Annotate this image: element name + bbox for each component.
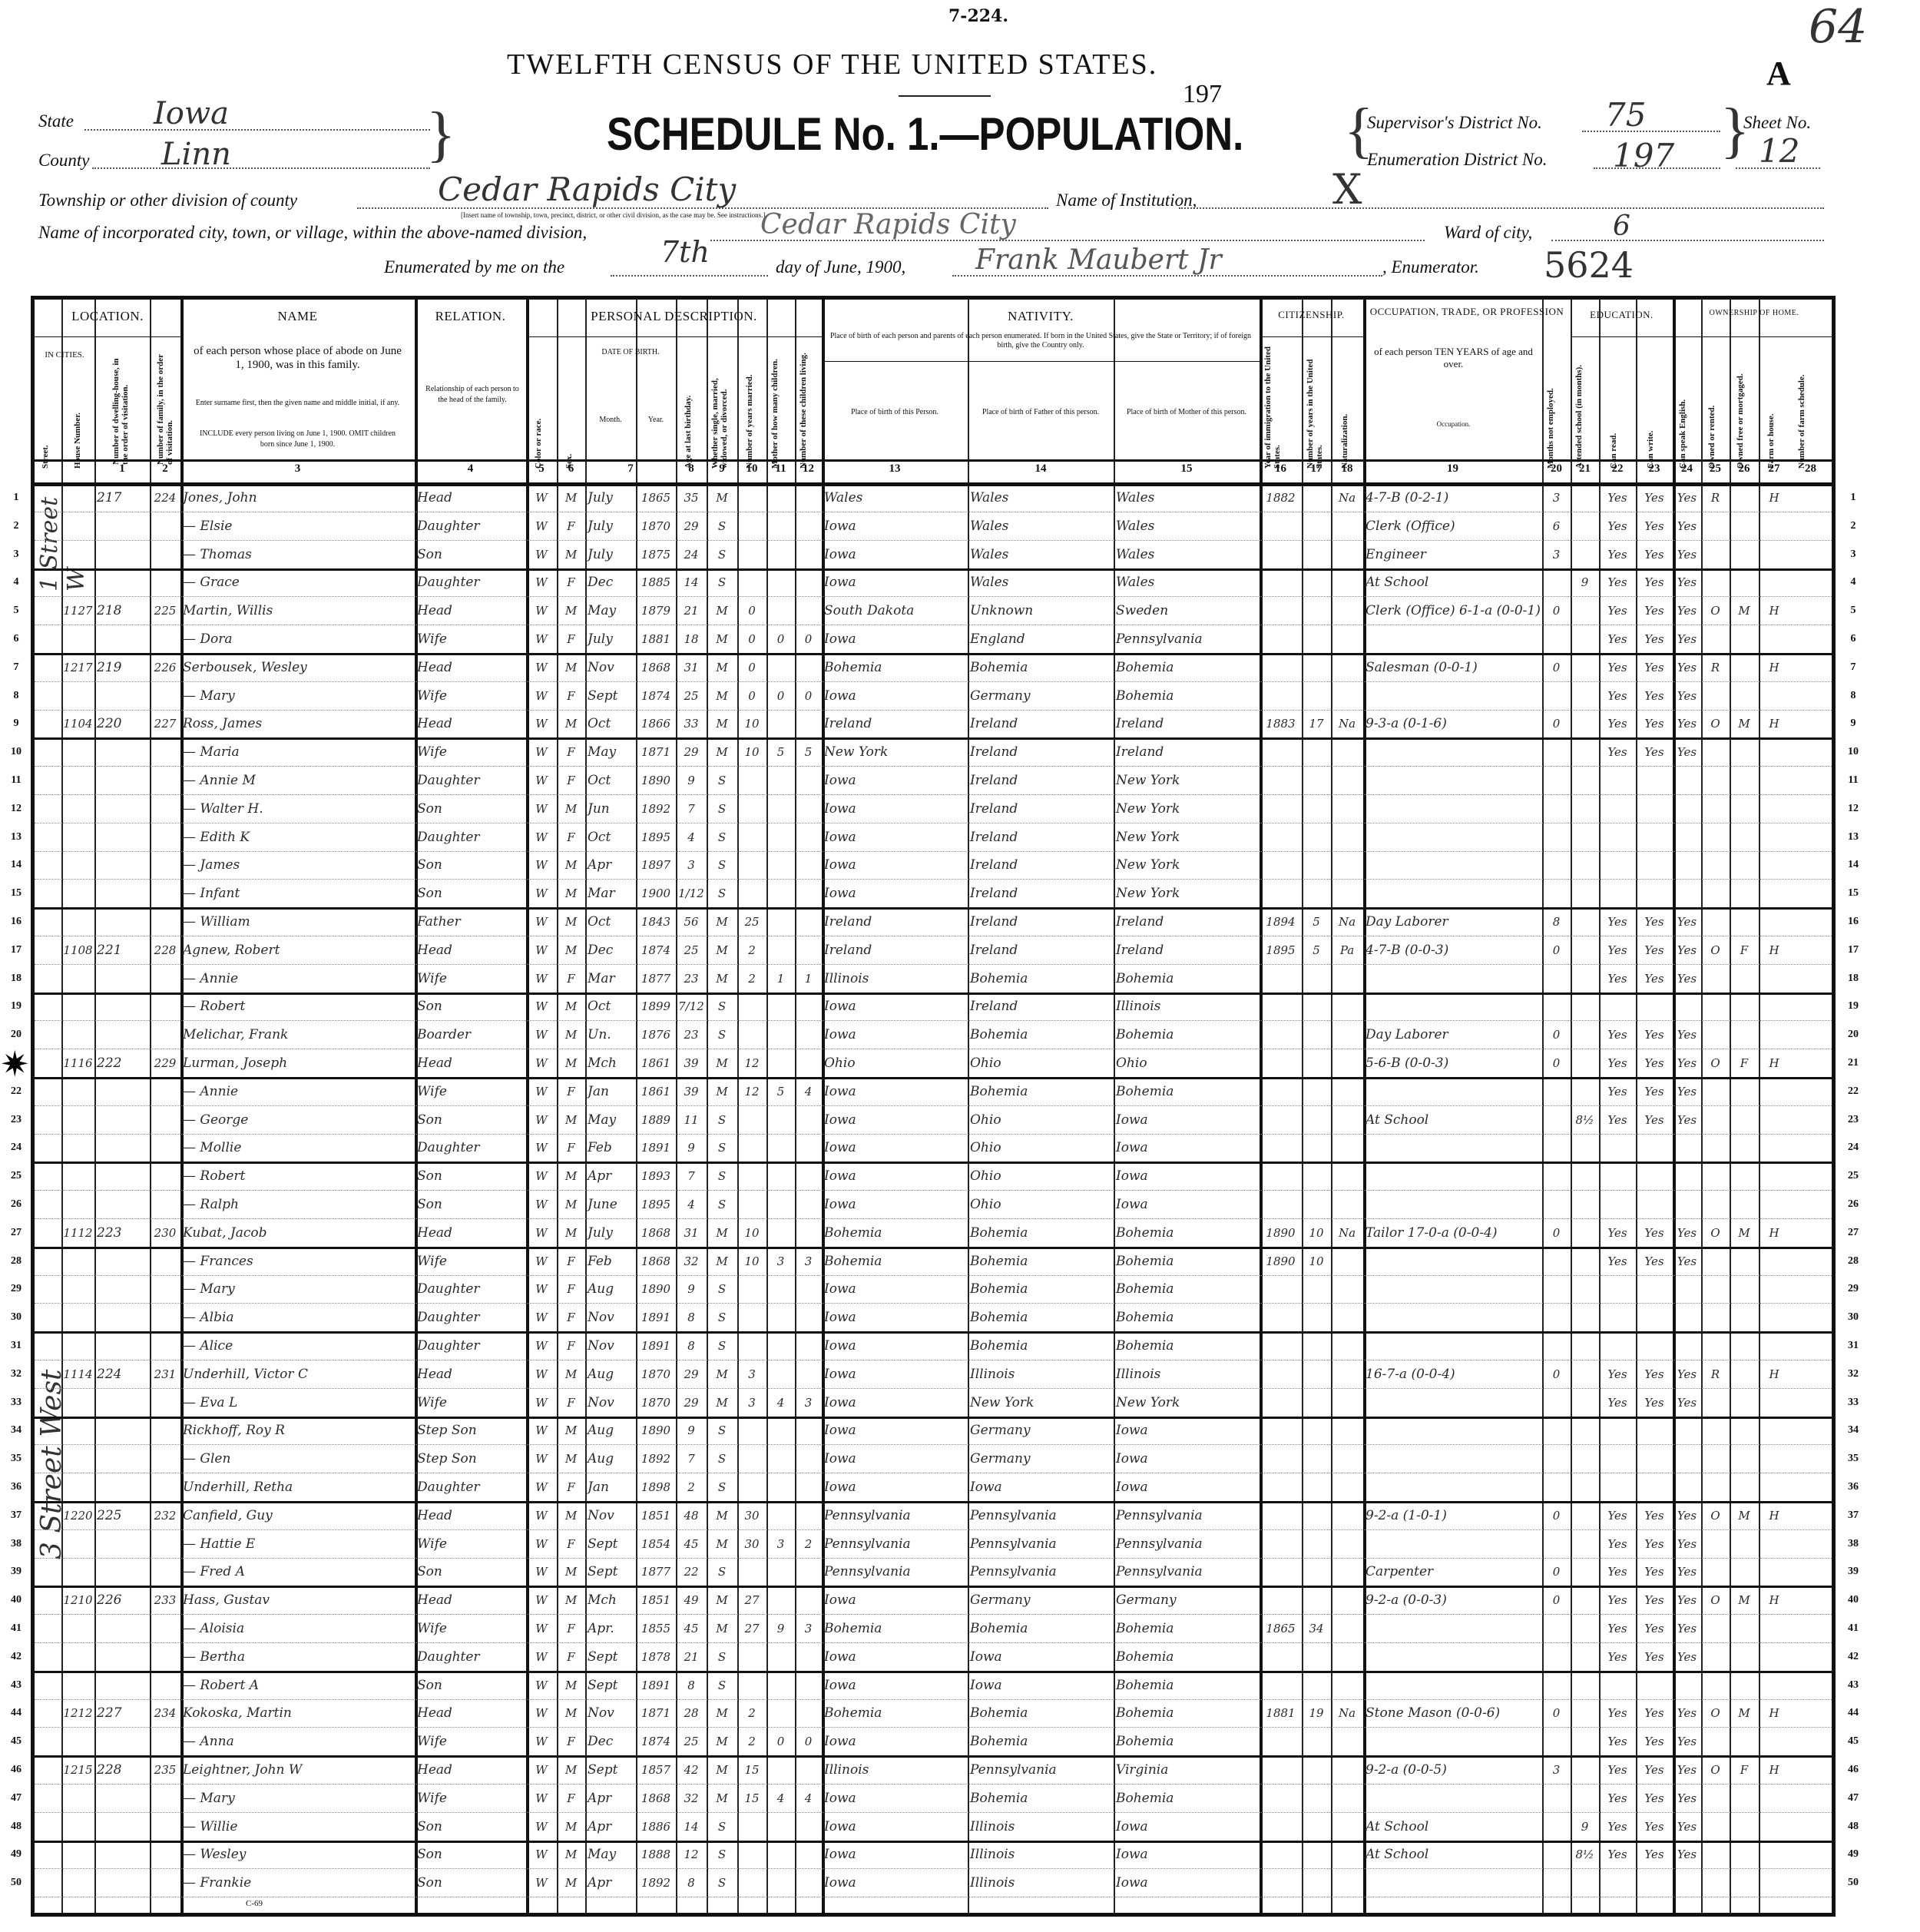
birth-month-cell: May	[585, 598, 636, 623]
sex-cell: M	[557, 1192, 585, 1217]
mother-of-cell	[766, 1334, 795, 1358]
name-cell: Martin, Willis	[180, 598, 415, 623]
can-speak-english-cell: Yes	[1673, 938, 1701, 963]
house-number-cell	[61, 1277, 94, 1301]
owned-rented-cell	[1701, 1418, 1730, 1443]
row-number: 35	[5, 1453, 28, 1465]
row-number: 11	[5, 774, 28, 787]
farm-house-cell	[1759, 1559, 1789, 1584]
county-field-line	[92, 167, 430, 169]
can-write-cell: Yes	[1636, 485, 1673, 510]
can-read-cell: Yes	[1599, 1645, 1636, 1669]
dwelling-number-cell: 219	[94, 655, 150, 680]
farm-house-cell	[1759, 966, 1789, 991]
house-number-cell	[61, 1616, 94, 1641]
marital-status-cell: S	[707, 1022, 737, 1047]
can-speak-english-cell: Yes	[1673, 570, 1701, 595]
years-married-cell	[737, 485, 766, 510]
years-married-cell	[737, 1814, 766, 1839]
can-write-cell	[1636, 853, 1673, 877]
years-married-cell	[737, 1192, 766, 1217]
township-label: Township or other division of county	[38, 191, 297, 210]
can-write-cell	[1636, 1871, 1673, 1895]
father-birthplace-cell: Ireland	[968, 938, 1114, 963]
immigration-year-cell: 1865	[1260, 1616, 1302, 1641]
dwelling-number-cell: 226	[94, 1588, 150, 1612]
naturalization-cell	[1331, 1418, 1363, 1443]
can-write-cell: Yes	[1636, 938, 1673, 963]
school-months-cell	[1571, 1673, 1599, 1698]
father-birthplace-cell: Iowa	[968, 1645, 1114, 1669]
free-mortgaged-cell	[1730, 514, 1759, 539]
can-write-cell: Yes	[1636, 1051, 1673, 1075]
immigration-year-cell	[1260, 1871, 1302, 1895]
birth-year-cell: 1854	[636, 1532, 676, 1556]
naturalization-cell	[1331, 1249, 1363, 1274]
months-unemployed-cell: 0	[1542, 1559, 1571, 1584]
father-birthplace-cell: Bohemia	[968, 1616, 1114, 1641]
family-number-cell: 233	[150, 1588, 180, 1612]
birth-year-cell: 1878	[636, 1645, 676, 1669]
immigration-year-cell: 1894	[1260, 910, 1302, 934]
can-read-cell: Yes	[1599, 684, 1636, 708]
header-occupation: OCCUPATION, TRADE, OR PROFESSION	[1363, 306, 1571, 317]
occupation-cell: Carpenter	[1363, 1559, 1542, 1584]
father-birthplace-cell: Bohemia	[968, 1701, 1114, 1725]
age-cell: 45	[676, 1616, 707, 1641]
can-read-cell	[1599, 797, 1636, 821]
family-number-cell	[150, 1390, 180, 1415]
family-number-cell	[150, 1475, 180, 1500]
row-number: 38	[5, 1538, 28, 1550]
family-number-cell	[150, 1532, 180, 1556]
children-living-cell	[795, 1051, 822, 1075]
marital-status-cell: M	[707, 1362, 737, 1387]
dwelling-number-cell	[94, 570, 150, 595]
naturalization-cell	[1331, 1362, 1363, 1387]
birth-year-cell: 1892	[636, 1447, 676, 1471]
row-number: 29	[1842, 1283, 1865, 1295]
owned-rented-cell	[1701, 1022, 1730, 1047]
age-cell: 29	[676, 1390, 707, 1415]
mother-of-cell: 4	[766, 1390, 795, 1415]
age-cell: 33	[676, 711, 707, 736]
can-read-cell: Yes	[1599, 1022, 1636, 1047]
color-cell: W	[526, 1164, 557, 1188]
name-cell: — Frankie	[180, 1871, 415, 1895]
farm-house-cell	[1759, 1277, 1789, 1301]
row-number: 2	[5, 520, 28, 532]
months-unemployed-cell	[1542, 1673, 1571, 1698]
house-number-cell	[61, 1532, 94, 1556]
age-cell: 8	[676, 1305, 707, 1330]
house-number-cell	[61, 881, 94, 906]
occupation-cell: Engineer	[1363, 542, 1542, 567]
sex-cell: F	[557, 1305, 585, 1330]
can-write-cell: Yes	[1636, 1559, 1673, 1584]
months-unemployed-cell	[1542, 1164, 1571, 1188]
birth-year-cell: 1865	[636, 485, 676, 510]
family-number-cell	[150, 1786, 180, 1811]
name-cell: — Annie	[180, 966, 415, 991]
dwelling-number-cell	[94, 797, 150, 821]
table-row: — RobertSonWMApr18937SIowaOhioIowa	[35, 1162, 1832, 1191]
name-cell: — Mary	[180, 684, 415, 708]
row-number: 27	[1842, 1227, 1865, 1239]
naturalization-cell	[1331, 542, 1363, 567]
immigration-year-cell: 1883	[1260, 711, 1302, 736]
mother-birthplace-cell: Bohemia	[1114, 1786, 1260, 1811]
relation-cell: Head	[415, 1362, 526, 1387]
row-number: 36	[5, 1481, 28, 1493]
relation-cell: Wife	[415, 1616, 526, 1641]
mother-of-cell	[766, 598, 795, 623]
father-birthplace-cell: Ohio	[968, 1051, 1114, 1075]
years-in-us-cell	[1302, 966, 1331, 991]
occupation-cell	[1363, 1249, 1542, 1274]
mother-birthplace-cell: Bohemia	[1114, 655, 1260, 680]
marital-status-cell: S	[707, 542, 737, 567]
farm-house-cell: H	[1759, 1362, 1789, 1387]
table-row: 1210226233Hass, GustavHeadWMMch185149M27…	[35, 1586, 1832, 1615]
children-living-cell	[795, 853, 822, 877]
can-speak-english-cell: Yes	[1673, 1786, 1701, 1811]
header-occupation-sub: Occupation.	[1371, 419, 1536, 429]
age-cell: 49	[676, 1588, 707, 1612]
farm-house-cell	[1759, 994, 1789, 1019]
can-write-cell: Yes	[1636, 514, 1673, 539]
owned-rented-cell: O	[1701, 938, 1730, 963]
mother-birthplace-cell: Ireland	[1114, 711, 1260, 736]
years-in-us-cell	[1302, 1305, 1331, 1330]
sex-cell: F	[557, 1135, 585, 1160]
years-married-cell	[737, 1673, 766, 1698]
years-married-cell: 2	[737, 938, 766, 963]
marital-status-cell: S	[707, 1645, 737, 1669]
birth-month-cell: Oct	[585, 825, 636, 850]
children-living-cell	[795, 1814, 822, 1839]
years-married-cell	[737, 797, 766, 821]
mother-birthplace-cell: Sweden	[1114, 598, 1260, 623]
birthplace-cell: Ireland	[822, 938, 968, 963]
mother-of-cell	[766, 1135, 795, 1160]
can-write-cell	[1636, 1164, 1673, 1188]
free-mortgaged-cell	[1730, 1814, 1759, 1839]
can-read-cell: Yes	[1599, 1588, 1636, 1612]
school-months-cell	[1571, 1758, 1599, 1782]
free-mortgaged-cell	[1730, 485, 1759, 510]
school-months-cell	[1571, 938, 1599, 963]
children-living-cell	[795, 881, 822, 906]
can-speak-english-cell: Yes	[1673, 711, 1701, 736]
can-speak-english-cell	[1673, 768, 1701, 793]
marital-status-cell: S	[707, 1108, 737, 1132]
table-row: — Hattie EWifeWFSept185445M3032Pennsylva…	[35, 1530, 1832, 1559]
can-write-cell: Yes	[1636, 1758, 1673, 1782]
children-living-cell: 4	[795, 1786, 822, 1811]
age-cell: 29	[676, 514, 707, 539]
children-living-cell	[795, 1192, 822, 1217]
age-cell: 7	[676, 1164, 707, 1188]
row-number: 50	[1842, 1877, 1865, 1889]
naturalization-cell	[1331, 881, 1363, 906]
school-months-cell	[1571, 711, 1599, 736]
mother-birthplace-cell: Bohemia	[1114, 1221, 1260, 1245]
occupation-cell	[1363, 1418, 1542, 1443]
school-months-cell: 9	[1571, 570, 1599, 595]
row-number: 10	[5, 746, 28, 758]
mother-of-cell: 4	[766, 1786, 795, 1811]
father-birthplace-cell: Iowa	[968, 1673, 1114, 1698]
months-unemployed-cell	[1542, 740, 1571, 764]
header-pob-mother: Place of birth of Mother of this person.	[1117, 407, 1256, 418]
dwelling-number-cell	[94, 1532, 150, 1556]
color-cell: W	[526, 542, 557, 567]
marital-status-cell: M	[707, 740, 737, 764]
months-unemployed-cell: 0	[1542, 1503, 1571, 1528]
free-mortgaged-cell	[1730, 1673, 1759, 1698]
column-number-20: 20	[1542, 462, 1571, 476]
children-living-cell	[795, 797, 822, 821]
owned-rented-cell	[1701, 1475, 1730, 1500]
mother-birthplace-cell: Bohemia	[1114, 1729, 1260, 1754]
age-cell: 35	[676, 485, 707, 510]
farm-schedule-cell	[1789, 684, 1832, 708]
can-write-cell: Yes	[1636, 1616, 1673, 1641]
occupation-cell: 16-7-a (0-0-4)	[1363, 1362, 1542, 1387]
state-label: State	[38, 111, 74, 131]
marital-status-cell: M	[707, 938, 737, 963]
birth-month-cell: Sept	[585, 1758, 636, 1782]
mother-birthplace-cell: Wales	[1114, 542, 1260, 567]
age-cell: 31	[676, 1221, 707, 1245]
sex-cell: M	[557, 1221, 585, 1245]
birthplace-cell: Iowa	[822, 1418, 968, 1443]
table-row: 1116222229Lurman, JosephHeadWMMch186139M…	[35, 1049, 1832, 1079]
relation-cell: Head	[415, 598, 526, 623]
mother-of-cell	[766, 655, 795, 680]
free-mortgaged-cell	[1730, 853, 1759, 877]
age-cell: 56	[676, 910, 707, 934]
mother-of-cell	[766, 1221, 795, 1245]
years-married-cell: 2	[737, 1701, 766, 1725]
birth-year-cell: 1893	[636, 1164, 676, 1188]
months-unemployed-cell	[1542, 1729, 1571, 1754]
name-cell: — Bertha	[180, 1645, 415, 1669]
children-living-cell	[795, 1475, 822, 1500]
sex-cell: M	[557, 1022, 585, 1047]
relation-cell: Daughter	[415, 570, 526, 595]
years-married-cell: 27	[737, 1616, 766, 1641]
mother-of-cell	[766, 514, 795, 539]
age-cell: 2	[676, 1475, 707, 1500]
months-unemployed-cell	[1542, 1192, 1571, 1217]
years-in-us-cell	[1302, 1362, 1331, 1387]
farm-house-cell	[1759, 1334, 1789, 1358]
birth-year-cell: 1899	[636, 994, 676, 1019]
age-cell: 29	[676, 1362, 707, 1387]
years-in-us-cell: 10	[1302, 1221, 1331, 1245]
immigration-year-cell	[1260, 966, 1302, 991]
row-number: 22	[5, 1085, 28, 1098]
can-speak-english-cell	[1673, 1305, 1701, 1330]
school-months-cell	[1571, 881, 1599, 906]
birthplace-cell: Bohemia	[822, 1616, 968, 1641]
sheet-label: Sheet No.	[1743, 113, 1811, 133]
mother-birthplace-cell: New York	[1114, 797, 1260, 821]
months-unemployed-cell: 0	[1542, 938, 1571, 963]
color-cell: W	[526, 1559, 557, 1584]
children-living-cell	[795, 1022, 822, 1047]
years-married-cell: 10	[737, 1249, 766, 1274]
can-read-cell: Yes	[1599, 655, 1636, 680]
can-write-cell	[1636, 1475, 1673, 1500]
months-unemployed-cell	[1542, 1135, 1571, 1160]
relation-cell: Son	[415, 1164, 526, 1188]
free-mortgaged-cell: F	[1730, 1051, 1759, 1075]
marital-status-cell: M	[707, 1532, 737, 1556]
house-number-cell: 1104	[61, 711, 94, 736]
years-in-us-cell	[1302, 1503, 1331, 1528]
naturalization-cell	[1331, 1108, 1363, 1132]
farm-house-cell	[1759, 1447, 1789, 1471]
naturalization-cell	[1331, 1334, 1363, 1358]
mother-of-cell	[766, 1305, 795, 1330]
column-number-10: 10	[737, 462, 766, 476]
naturalization-cell	[1331, 1814, 1363, 1839]
name-cell: Lurman, Joseph	[180, 1051, 415, 1075]
header-color: Color or race.	[534, 399, 543, 469]
row-number: 21	[1842, 1057, 1865, 1069]
color-cell: W	[526, 1532, 557, 1556]
header-owned-rented: Owned or rented.	[1707, 376, 1716, 469]
table-row: — Edith KDaughterWFOct18954SIowaIrelandN…	[35, 824, 1832, 852]
age-cell: 28	[676, 1701, 707, 1725]
children-living-cell	[795, 1503, 822, 1528]
birthplace-cell: Iowa	[822, 1842, 968, 1867]
years-married-cell: 30	[737, 1503, 766, 1528]
header-age: Age at last birthday.	[684, 353, 693, 469]
occupation-cell: Clerk (Office) 6-1-a (0-0-1)	[1363, 598, 1542, 623]
mother-of-cell	[766, 1701, 795, 1725]
birthplace-cell: Iowa	[822, 994, 968, 1019]
marital-status-cell: S	[707, 994, 737, 1019]
row-number: 40	[5, 1594, 28, 1606]
children-living-cell	[795, 994, 822, 1019]
row-number: 19	[1842, 1000, 1865, 1012]
age-cell: 31	[676, 655, 707, 680]
years-in-us-cell	[1302, 1022, 1331, 1047]
father-birthplace-cell: Bohemia	[968, 966, 1114, 991]
table-row: — AloisiaWifeWFApr.185545M2793BohemiaBoh…	[35, 1615, 1832, 1643]
children-living-cell	[795, 1418, 822, 1443]
township-note: [Insert name of township, town, precinct…	[461, 211, 765, 219]
age-cell: 14	[676, 1814, 707, 1839]
owned-rented-cell	[1701, 1447, 1730, 1471]
mother-of-cell	[766, 1475, 795, 1500]
table-row: — RalphSonWMJune18954SIowaOhioIowa	[35, 1191, 1832, 1219]
can-write-cell: Yes	[1636, 1814, 1673, 1839]
naturalization-cell	[1331, 1277, 1363, 1301]
birth-year-cell: 1855	[636, 1616, 676, 1641]
birth-year-cell: 1871	[636, 740, 676, 764]
birthplace-cell: Iowa	[822, 1108, 968, 1132]
house-number-cell: 1112	[61, 1221, 94, 1245]
naturalization-cell: Na	[1331, 910, 1363, 934]
occupation-cell	[1363, 1729, 1542, 1754]
farm-schedule-cell	[1789, 1249, 1832, 1274]
table-row: — GraceDaughterWFDec188514SIowaWalesWale…	[35, 568, 1832, 597]
school-months-cell	[1571, 1277, 1599, 1301]
sex-cell: M	[557, 1814, 585, 1839]
father-birthplace-cell: Ireland	[968, 994, 1114, 1019]
marital-status-cell: S	[707, 1842, 737, 1867]
naturalization-cell	[1331, 1786, 1363, 1811]
years-married-cell	[737, 1108, 766, 1132]
birth-year-cell: 1881	[636, 627, 676, 651]
sex-cell: M	[557, 598, 585, 623]
table-row: — AnnaWifeWFDec187425M200IowaBohemiaBohe…	[35, 1728, 1832, 1758]
header-mother-of: Mother of how many children.	[770, 346, 792, 469]
can-write-cell: Yes	[1636, 1390, 1673, 1415]
father-birthplace-cell: Bohemia	[968, 1305, 1114, 1330]
column-number-25: 25	[1701, 462, 1730, 476]
column-number-4: 4	[415, 462, 526, 476]
farm-schedule-cell	[1789, 853, 1832, 877]
can-read-cell: Yes	[1599, 966, 1636, 991]
institution-label: Name of Institution,	[1056, 191, 1197, 210]
months-unemployed-cell: 0	[1542, 1362, 1571, 1387]
header-relation-desc: Relationship of each person to the head …	[422, 384, 522, 406]
mother-of-cell	[766, 853, 795, 877]
can-speak-english-cell: Yes	[1673, 1559, 1701, 1584]
institution-value: X	[1332, 165, 1362, 214]
father-birthplace-cell: Ohio	[968, 1164, 1114, 1188]
relation-cell: Daughter	[415, 1305, 526, 1330]
birthplace-cell: Iowa	[822, 1022, 968, 1047]
can-speak-english-cell	[1673, 825, 1701, 850]
immigration-year-cell	[1260, 825, 1302, 850]
header-date-of-birth: DATE OF BIRTH.	[585, 347, 676, 358]
years-married-cell: 0	[737, 627, 766, 651]
farm-house-cell	[1759, 1532, 1789, 1556]
months-unemployed-cell	[1542, 1645, 1571, 1669]
occupation-cell: 9-2-a (0-0-3)	[1363, 1588, 1542, 1612]
years-married-cell: 10	[737, 711, 766, 736]
school-months-cell	[1571, 1362, 1599, 1387]
can-speak-english-cell: Yes	[1673, 1842, 1701, 1867]
birthplace-cell: Iowa	[822, 1334, 968, 1358]
father-birthplace-cell: Germany	[968, 1447, 1114, 1471]
header-name-instruction-2: INCLUDE every person living on June 1, 1…	[192, 429, 403, 450]
birth-month-cell: Mar	[585, 966, 636, 991]
naturalization-cell	[1331, 1390, 1363, 1415]
years-in-us-cell	[1302, 1390, 1331, 1415]
age-cell: 21	[676, 598, 707, 623]
mother-birthplace-cell: Wales	[1114, 514, 1260, 539]
can-speak-english-cell: Yes	[1673, 1588, 1701, 1612]
children-living-cell	[795, 910, 822, 934]
can-write-cell: Yes	[1636, 910, 1673, 934]
header-relation: RELATION.	[415, 309, 526, 324]
can-write-cell	[1636, 768, 1673, 793]
name-cell: — Wesley	[180, 1842, 415, 1867]
mother-birthplace-cell: New York	[1114, 1390, 1260, 1415]
school-months-cell	[1571, 1164, 1599, 1188]
family-number-cell	[150, 1729, 180, 1754]
birth-month-cell: Apr	[585, 853, 636, 877]
free-mortgaged-cell	[1730, 1475, 1759, 1500]
